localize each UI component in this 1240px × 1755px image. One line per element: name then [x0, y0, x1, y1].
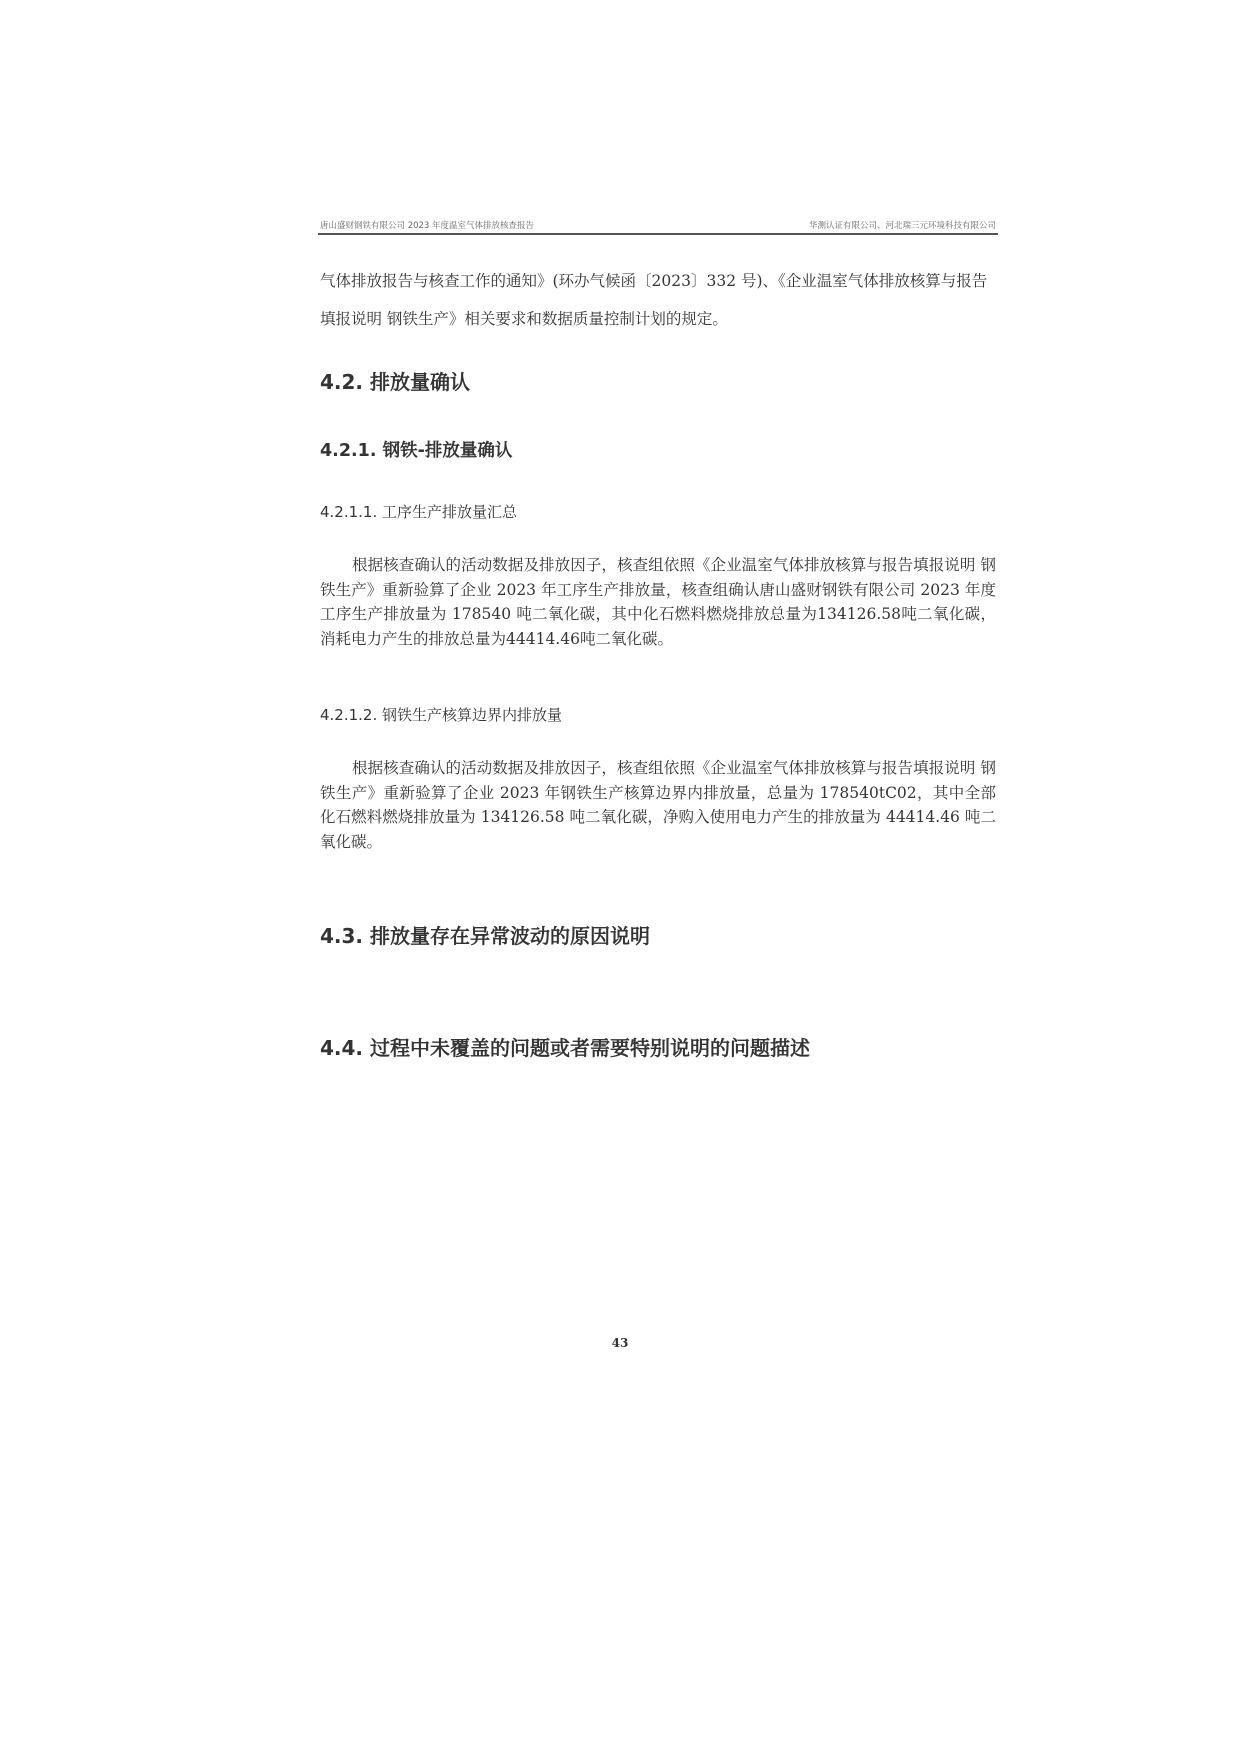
paragraph-4-2-1-1: 根据核查确认的活动数据及排放因子，核查组依照《企业温室气体排放核算与报告填报说明…	[320, 553, 996, 651]
intro-paragraph: 气体排放报告与核查工作的通知》(环办气候函〔2023〕332 号)、《企业温室气…	[320, 262, 996, 338]
page-header: 唐山盛财钢铁有限公司 2023 年度温室气体排放核查报告 华测认证有限公司、河北…	[318, 219, 998, 235]
page-number: 43	[0, 1336, 1240, 1350]
heading-4-2: 4.2. 排放量确认	[320, 366, 470, 395]
heading-4-3: 4.3. 排放量存在异常波动的原因说明	[320, 920, 650, 949]
header-verifier-names: 华测认证有限公司、河北瑞三元环境科技有限公司	[809, 219, 996, 231]
document-page: 唐山盛财钢铁有限公司 2023 年度温室气体排放核查报告 华测认证有限公司、河北…	[0, 0, 1240, 1755]
heading-4-2-1: 4.2.1. 钢铁-排放量确认	[320, 437, 512, 462]
heading-4-4: 4.4. 过程中未覆盖的问题或者需要特别说明的问题描述	[320, 1032, 810, 1061]
paragraph-4-2-1-2: 根据核查确认的活动数据及排放因子，核查组依照《企业温室气体排放核算与报告填报说明…	[320, 756, 996, 854]
heading-4-2-1-2: 4.2.1.2. 钢铁生产核算边界内排放量	[320, 704, 562, 725]
header-report-title: 唐山盛财钢铁有限公司 2023 年度温室气体排放核查报告	[320, 219, 534, 231]
heading-4-2-1-1: 4.2.1.1. 工序生产排放量汇总	[320, 501, 517, 522]
